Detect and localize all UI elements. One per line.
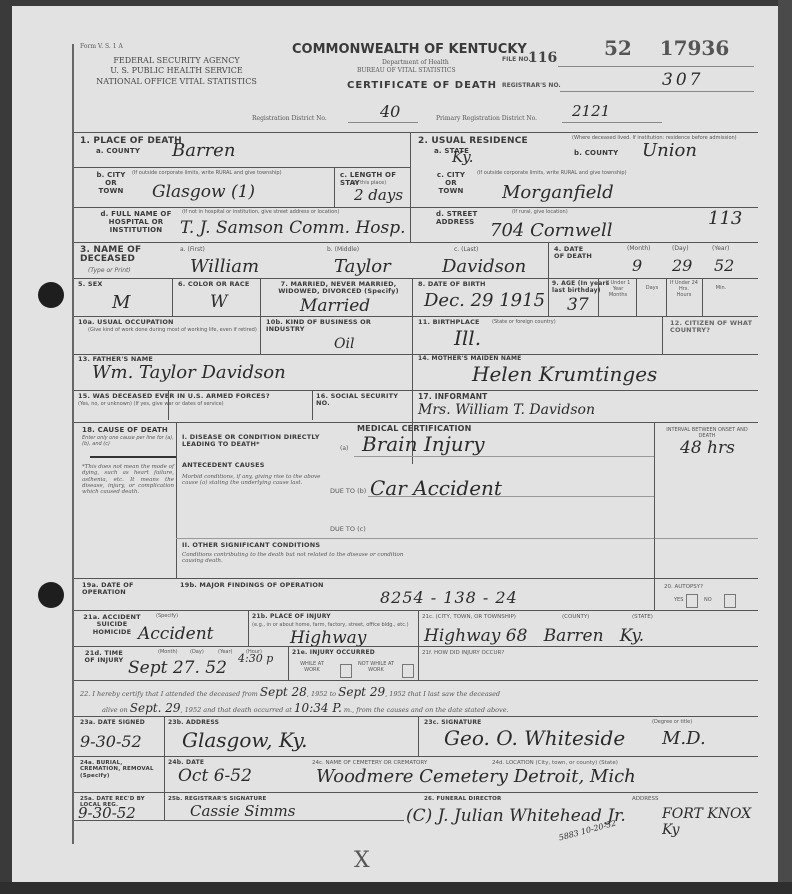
race-value: W: [210, 292, 227, 312]
hospital-note: (If not in hospital or institution, give…: [182, 210, 407, 216]
cause-line: [354, 456, 654, 457]
grid-line: [74, 354, 758, 355]
cause-note: Enter only one cause per line for (a), (…: [82, 436, 176, 448]
residence-city-note: (If outside corporate limits, write RURA…: [477, 171, 747, 177]
street-note: (If rural, give location): [512, 210, 568, 216]
funeral-address: FORT KNOX Ky: [662, 806, 760, 838]
registration-district-label: Registration District No.: [252, 116, 327, 123]
agency-line: NATIONAL OFFICE VITAL STATISTICS: [84, 77, 269, 87]
residence-county-label: b. COUNTY: [574, 149, 618, 157]
document-title: COMMONWEALTH OF KENTUCKY: [292, 42, 527, 57]
registrar-no: 307: [662, 70, 703, 90]
injury-type-note: (Specify): [156, 614, 178, 620]
grid-line: [666, 278, 667, 316]
primary-district-line: [562, 122, 662, 123]
injury-location: Highway 68 Barren Ky.: [424, 626, 644, 646]
residence-state: Ky.: [452, 148, 474, 166]
grid-line: [548, 242, 549, 278]
certify-line-2: alive on Sept. 29, 1952 and that death o…: [102, 702, 509, 716]
autopsy-label: 20. AUTOPSY?: [664, 584, 703, 590]
grid-line: [548, 278, 549, 316]
middle-name-label: b. (Middle): [327, 247, 359, 254]
grid-line: [74, 610, 758, 611]
informant-label: 17. INFORMANT: [418, 393, 488, 402]
city-town-label: b. CITYORTOWN: [96, 171, 126, 195]
grid-line: [312, 390, 313, 420]
time-of-injury-label: 21d. TIME OF INJURY: [82, 650, 126, 665]
autopsy-no-checkbox[interactable]: [724, 594, 736, 608]
ssn-label: 16. SOCIAL SECURITY NO.: [316, 393, 410, 408]
length-of-stay: 2 days: [354, 186, 403, 204]
registration-district: 40: [380, 102, 400, 121]
divider: [90, 456, 176, 458]
grid-line: [74, 167, 410, 168]
antecedent-note: Morbid conditions, if any, giving rise t…: [182, 474, 322, 487]
attended-from: Sept 28: [260, 685, 307, 699]
certificate-title: CERTIFICATE OF DEATH: [347, 80, 497, 91]
cause-b-label: DUE TO (b): [330, 488, 366, 495]
hospital-label: d. FULL NAME OFHOSPITAL ORINSTITUTION: [96, 210, 176, 234]
death-certificate-form: Form V. S. 1 A FEDERAL SECURITY AGENCY U…: [72, 36, 760, 848]
cause-of-death-label: 18. CAUSE OF DEATH: [82, 426, 168, 434]
cause-line: [176, 538, 758, 539]
grid-line: [654, 422, 655, 610]
county-label: a. COUNTY: [96, 147, 140, 155]
occupation-label: 10a. USUAL OCCUPATION: [78, 319, 174, 326]
injury-state-label: (STATE): [632, 614, 653, 620]
sex-value: M: [112, 292, 130, 313]
certify-line-1: 22. I hereby certify that I attended the…: [80, 686, 500, 700]
bureau-label: BUREAU OF VITAL STATISTICS: [357, 68, 456, 75]
primary-district-label: Primary Registration District No.: [436, 116, 537, 123]
grid-line: [74, 756, 758, 757]
grid-line: [172, 278, 173, 316]
file-no-label: FILE NO.: [502, 56, 531, 63]
veteran-note: (Yes, no, or unknown) (If yes, give war …: [78, 402, 308, 408]
grid-line: [418, 716, 419, 756]
form-number: Form V. S. 1 A: [80, 44, 123, 51]
deceased-name-label: 3. NAME OFDECEASED: [80, 246, 141, 265]
father-name: Wm. Taylor Davidson: [92, 362, 286, 383]
street-label: d. STREETADDRESS: [436, 210, 477, 226]
grid-line: [598, 278, 599, 316]
physician-signature: Geo. O. Whiteside: [444, 726, 625, 750]
injury-occurred-label: 21e. INJURY OCCURRED: [292, 650, 375, 657]
autopsy-yes-checkbox[interactable]: [686, 594, 698, 608]
cemetery-name: Woodmere Cemetery Detroit, Mich: [316, 766, 636, 787]
address-label: 23b. ADDRESS: [168, 720, 219, 727]
department-label: Department of Health: [382, 60, 449, 67]
race-label: 6. COLOR OR RACE: [178, 281, 250, 288]
under-24-hours-label: If Under 24 Hrs.Hours: [668, 281, 700, 298]
operation-findings-label: 19b. MAJOR FINDINGS OF OPERATION: [180, 582, 324, 589]
birthplace-value: Ill.: [454, 326, 481, 350]
binder-hole: [38, 282, 64, 308]
registrar-no-line: [560, 91, 754, 92]
autopsy-yes-label: YES: [674, 598, 683, 604]
veteran-label: 15. WAS DECEASED EVER IN U.S. ARMED FORC…: [78, 393, 318, 400]
dod-year-label: (Year): [712, 246, 729, 253]
how-injury-label: 21f. HOW DID INJURY OCCUR?: [422, 650, 504, 656]
time-of-injury: Sept 27. 52: [128, 658, 227, 678]
usual-residence-heading: 2. USUAL RESIDENCE: [418, 136, 528, 146]
primary-district: 2121: [572, 102, 610, 120]
grid-line: [74, 716, 758, 717]
grid-line: [74, 578, 758, 579]
interval-value: 48 hrs: [680, 438, 735, 458]
cause-footnote: *This does not mean the mode of dying, s…: [82, 464, 174, 496]
disease-label: I. DISEASE OR CONDITION DIRECTLY LEADING…: [182, 434, 332, 449]
operation-findings: 8254 - 138 - 24: [380, 588, 518, 607]
file-no-line: [558, 66, 754, 67]
date-signed: 9-30-52: [80, 732, 142, 751]
binder-hole: [38, 582, 64, 608]
grid-line: [74, 390, 758, 391]
death-county: Barren: [172, 140, 235, 161]
file-no-stamp: 52 17936: [604, 36, 729, 60]
middle-name: Taylor: [334, 256, 391, 277]
grid-line: [164, 792, 165, 820]
agency-block: FEDERAL SECURITY AGENCY U. S. PUBLIC HEA…: [84, 56, 269, 87]
other-conditions-note: Conditions contributing to the death but…: [182, 552, 412, 565]
minutes-label: Min.: [706, 286, 736, 292]
time-month-label: (Month): [158, 650, 178, 656]
funeral-address-label: ADDRESS: [632, 796, 659, 802]
place-of-death-heading: 1. PLACE OF DEATH: [80, 136, 182, 146]
physician-degree: M.D.: [662, 728, 706, 749]
autopsy-no-label: NO: [704, 598, 712, 604]
grid-line: [636, 278, 637, 316]
death-city: Glasgow (1): [152, 182, 255, 202]
agency-line: FEDERAL SECURITY AGENCY: [84, 56, 269, 66]
scan-border-bottom: [0, 882, 792, 894]
place-of-injury-label: 21b. PLACE OF INJURY: [252, 614, 331, 621]
physician-address: Glasgow, Ky.: [182, 728, 308, 752]
days-label: Days: [638, 286, 666, 292]
business-value: Oil: [334, 336, 354, 352]
grid-line: [74, 820, 404, 821]
residence-city-label: c. CITYORTOWN: [436, 171, 466, 195]
residence-street: 704 Cornwell: [490, 220, 612, 241]
time-of-injury-hour: 4:30 p: [238, 652, 273, 665]
antecedent-label: ANTECEDENT CAUSES: [182, 462, 265, 469]
date-of-death-label: 4. DATE OF DEATH: [554, 246, 594, 261]
attended-to: Sept 29: [338, 685, 385, 699]
other-conditions-label: II. OTHER SIGNIFICANT CONDITIONS: [182, 542, 320, 549]
occupation-note: (Give kind of work done during most of w…: [88, 328, 258, 334]
marital-status-label: 7. MARRIED, NEVER MARRIED, WIDOWED, DIVO…: [266, 281, 411, 296]
grid-line: [164, 716, 165, 792]
last-name-label: c. (Last): [454, 247, 478, 254]
marital-status: Married: [300, 296, 370, 316]
grid-line: [74, 792, 758, 793]
city-note: (If outside corporate limits, write RURA…: [132, 171, 302, 177]
informant-value: Mrs. William T. Davidson: [418, 402, 595, 418]
while-at-work-label: WHILE AT WORK: [294, 662, 330, 674]
degree-label: (Degree or title): [652, 720, 692, 726]
cause-line: [368, 496, 654, 497]
not-at-work-checkbox[interactable]: [402, 664, 414, 678]
dod-year: 52: [714, 256, 734, 275]
injury-type-label: 21a. ACCIDENT SUICIDE HOMICIDE: [82, 614, 142, 636]
residence-county: Union: [642, 140, 697, 161]
sex-label: 5. SEX: [78, 281, 103, 288]
cause-c-label: DUE TO (c): [330, 526, 366, 533]
place-of-injury: Highway: [290, 628, 366, 648]
cause-a-label: (a): [340, 446, 348, 453]
funeral-director-label: 26. FUNERAL DIRECTOR: [424, 796, 501, 802]
registrar-no-label: REGISTRAR'S NO.: [502, 82, 561, 89]
grid-line: [74, 242, 758, 243]
grid-line: [176, 422, 177, 578]
cause-a: Brain Injury: [362, 432, 485, 456]
injury-county-label: (COUNTY): [562, 614, 589, 620]
margin-x-mark: X: [354, 848, 370, 873]
type-or-print-note: (Type or Print): [88, 268, 131, 275]
date-of-birth: Dec. 29 1915: [424, 290, 545, 311]
business-label: 10b. KIND OF BUSINESS OR INDUSTRY: [266, 319, 411, 334]
injury-location-label: 21c. (CITY, TOWN, OR TOWNSHIP): [422, 614, 516, 620]
grid-line: [74, 207, 758, 208]
grid-line: [662, 316, 663, 354]
residence-city: Morganfield: [502, 182, 614, 203]
birthplace-note: (State or foreign country): [492, 320, 556, 326]
margin-number: 113: [708, 208, 742, 229]
citizenship-label: 12. CITIZEN OF WHAT COUNTRY?: [670, 320, 758, 335]
grid-line: [74, 316, 758, 317]
under-1-months-label: If Under 1 YearMonths: [600, 281, 636, 298]
registrar-signature: Cassie Simms: [190, 802, 295, 820]
grid-line: [248, 610, 249, 646]
funeral-director: (C) J. Julian Whitehead Jr.: [406, 806, 626, 826]
grid-line: [74, 132, 758, 133]
grid-line: [74, 680, 758, 681]
dod-month: 9: [632, 256, 642, 275]
agency-line: U. S. PUBLIC HEALTH SERVICE: [84, 66, 269, 76]
burial-date: Oct 6-52: [178, 766, 252, 786]
dob-label: 8. DATE OF BIRTH: [418, 281, 486, 288]
grid-line: [168, 390, 169, 420]
grid-line: [702, 278, 703, 316]
while-at-work-checkbox[interactable]: [340, 664, 352, 678]
alive-on: Sept. 29: [130, 701, 181, 715]
scan-border: [778, 0, 792, 894]
form-border: [72, 44, 74, 844]
date-signed-label: 23a. DATE SIGNED: [80, 720, 145, 727]
operation-date-label: 19a. DATE OF OPERATION: [82, 582, 176, 597]
grid-line: [410, 132, 411, 242]
not-at-work-label: NOT WHILE AT WORK: [356, 662, 396, 674]
dod-day: 29: [672, 256, 692, 275]
file-no-prefix: 116: [528, 50, 557, 66]
grid-line: [74, 278, 758, 279]
grid-line: [288, 646, 289, 680]
dod-month-label: (Month): [627, 246, 651, 253]
injury-type: Accident: [138, 624, 213, 644]
burial-type-label: 24a. BURIAL, CREMATION, REMOVAL (Specify…: [80, 760, 164, 779]
first-name-label: a. (First): [180, 247, 205, 254]
last-name: Davidson: [442, 256, 526, 277]
mother-maiden-name: Helen Krumtinges: [472, 362, 657, 386]
age-value: 37: [567, 295, 589, 315]
dod-day-label: (Day): [672, 246, 689, 253]
time-year-label: (Year): [218, 650, 233, 656]
time-day-label: (Day): [190, 650, 204, 656]
grid-line: [418, 610, 419, 680]
grid-line: [74, 646, 758, 647]
district-line: [348, 122, 418, 123]
death-time: 10:34 P.: [294, 701, 342, 715]
grid-line: [334, 167, 335, 207]
first-name: William: [190, 256, 259, 277]
hospital-name: T. J. Samson Comm. Hosp.: [180, 218, 406, 238]
